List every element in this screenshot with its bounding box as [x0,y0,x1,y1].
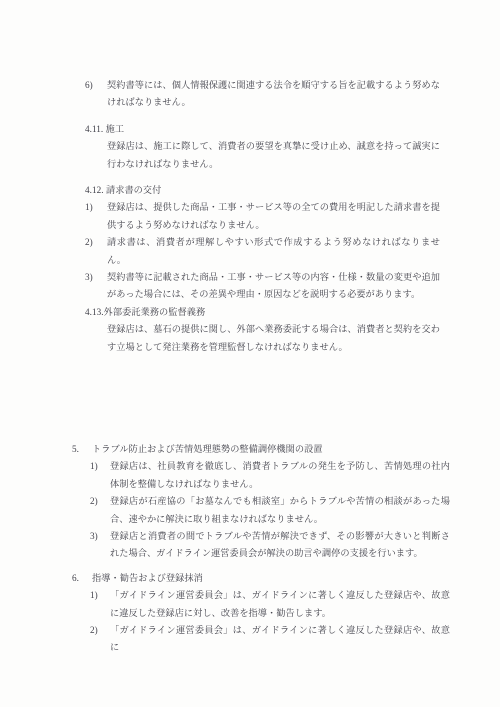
list-marker: 1) [90,587,98,604]
section-number: 6. [72,570,79,587]
list-marker: 2) [90,493,98,510]
list-item-text: 登録店が石産協の「お墓なんでも相談室」からトラブルや苦情の相談があった場合、速や… [110,496,450,523]
list-item: 1) 登録店は、社員教育を徹底し、消費者トラブルの発生を予防し、苦情処理の社内体… [72,458,450,493]
section-title: 指導・勧告および登録抹消 [92,573,203,583]
list-item-text: 請求書は、消費者が理解しやすい形式で作成するよう努めなければなりません。 [107,237,440,264]
section-5-heading: 5. トラブル防止および苦情処理態勢の整備調停機関の設置 [72,441,450,458]
section-4-13-heading: 4.13.外部委託業務の監督義務 [85,304,440,321]
document-page: 6) 契約書等には、個人情報保護に関連する法令を順守する旨を記載するよう努めなけ… [0,0,500,707]
list-marker: 3) [85,269,93,286]
list-item: 3) 登録店と消費者の間でトラブルや苦情が解決できず、その影響が大きいと判断され… [72,528,450,563]
list-marker: 2) [90,622,98,639]
section-4-13-body: 登録店は、墓石の提供に関し、外部へ業務委託する場合は、消費者と契約を交わす立場と… [107,321,440,356]
list-item: 2) 「ガイドライン運営委員会」は、ガイドラインに著しく違反した登録店や、故意に [72,622,450,657]
sections-5-6-block: 5. トラブル防止および苦情処理態勢の整備調停機関の設置 1) 登録店は、社員教… [72,441,450,657]
list-marker: 1) [85,199,93,216]
list-item: 2) 請求書は、消費者が理解しやすい形式で作成するよう努めなければなりません。 [85,234,440,269]
list-item-text: 「ガイドライン運営委員会」は、ガイドラインに著しく違反した登録店や、故意に [110,625,450,652]
list-item-text: 登録店は、提供した商品・工事・サービス等の全ての費用を明記した請求書を提供するよ… [107,202,440,229]
list-marker: 6) [85,77,93,94]
section-4-11-heading: 4.11. 施工 [85,121,440,138]
list-item: 3) 契約書等に記載された商品・工事・サービス等の内容・仕様・数量の変更や追加が… [85,269,440,304]
section-4-11-body: 登録店は、施工に際して、消費者の要望を真摯に受け止め、誠意を持って誠実に行わなけ… [107,138,440,173]
list-item-text: 契約書等には、個人情報保護に関連する法令を順守する旨を記載するよう努めなければな… [107,80,440,107]
section-title: トラブル防止および苦情処理態勢の整備調停機関の設置 [92,444,323,454]
section-4-12-heading: 4.12. 請求書の交付 [85,182,440,199]
list-item-text: 「ガイドライン運営委員会」は、ガイドラインに著しく違反した登録店や、故意に違反し… [110,590,450,617]
list-item-contract-6: 6) 契約書等には、個人情報保護に関連する法令を順守する旨を記載するよう努めなけ… [85,77,440,112]
list-item: 1) 「ガイドライン運営委員会」は、ガイドラインに著しく違反した登録店や、故意に… [72,587,450,622]
list-item: 2) 登録店が石産協の「お墓なんでも相談室」からトラブルや苦情の相談があった場合… [72,493,450,528]
list-marker: 3) [90,528,98,545]
list-marker: 2) [85,234,93,251]
section-4-block: 6) 契約書等には、個人情報保護に関連する法令を順守する旨を記載するよう努めなけ… [85,77,440,356]
list-item-text: 登録店は、社員教育を徹底し、消費者トラブルの発生を予防し、苦情処理の社内体制を整… [110,461,450,488]
list-item-text: 契約書等に記載された商品・工事・サービス等の内容・仕様・数量の変更や追加があった… [107,272,440,299]
section-number: 5. [72,441,79,458]
list-item-text: 登録店と消費者の間でトラブルや苦情が解決できず、その影響が大きいと判断された場合… [110,531,450,558]
section-6-heading: 6. 指導・勧告および登録抹消 [72,570,450,587]
list-marker: 1) [90,458,98,475]
list-item: 1) 登録店は、提供した商品・工事・サービス等の全ての費用を明記した請求書を提供… [85,199,440,234]
